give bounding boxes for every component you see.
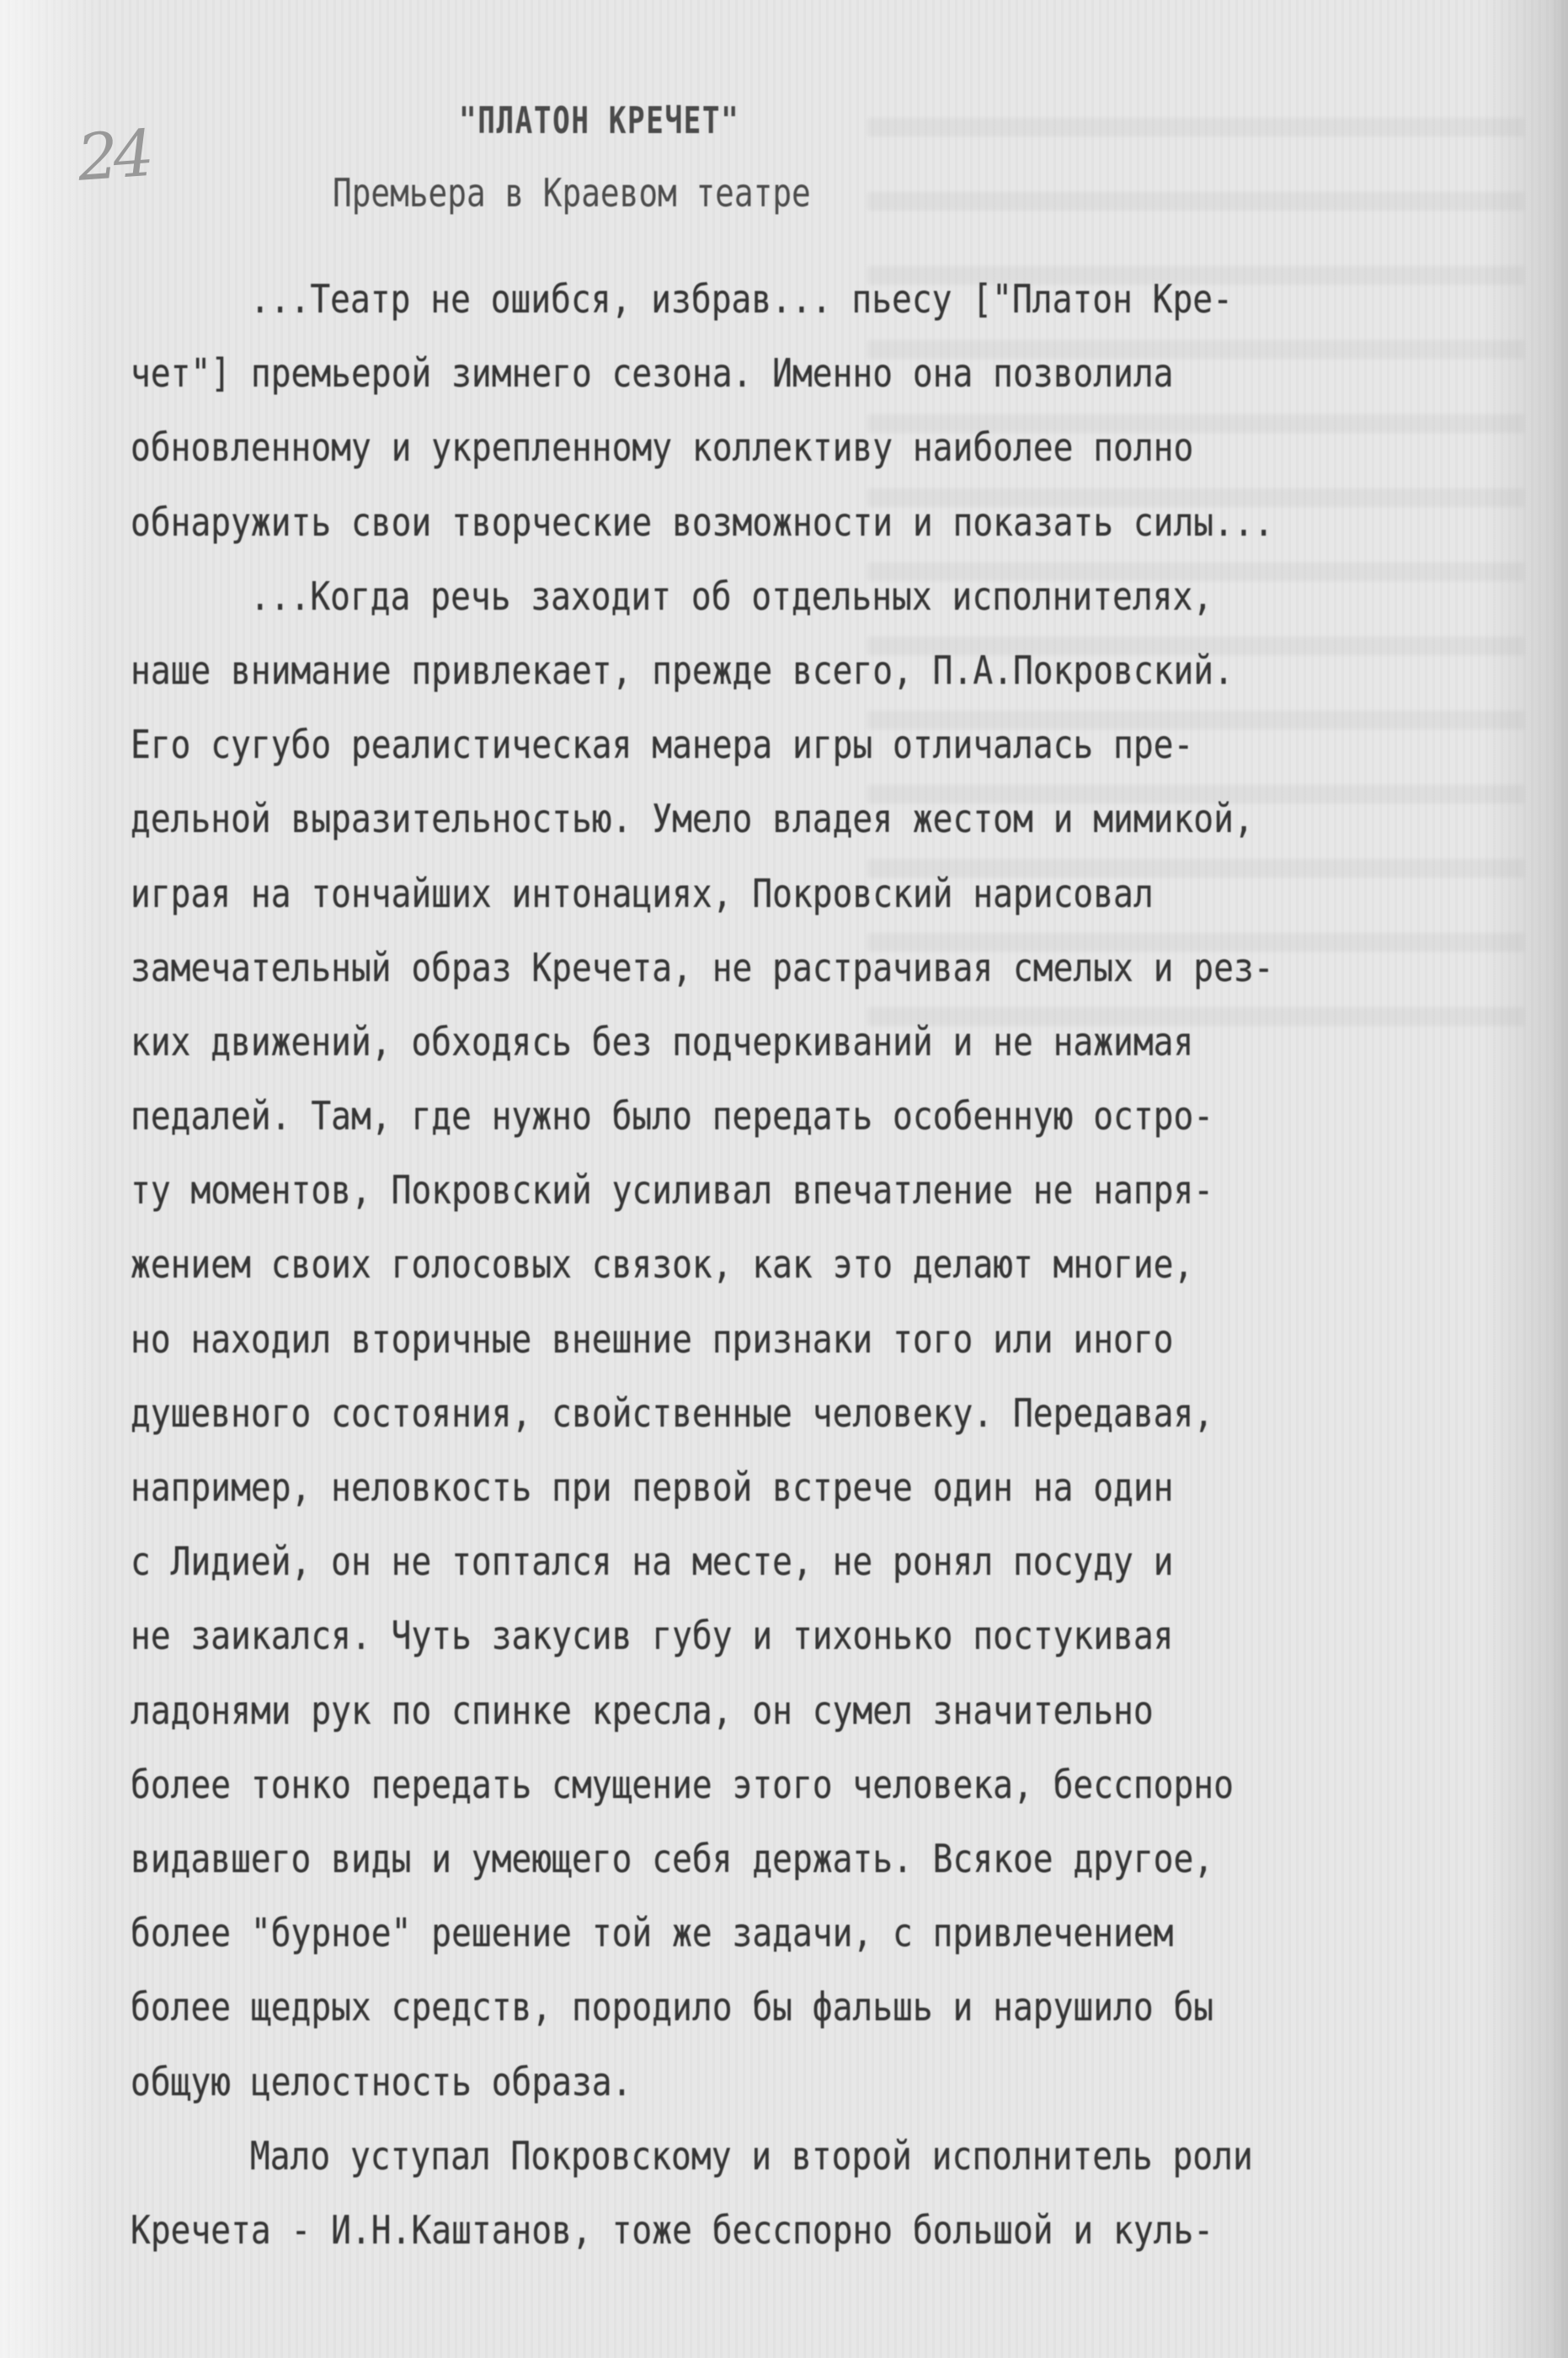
text-line: обновленному и укрепленному коллективу н… [131,416,1362,490]
text-line: не заикался. Чуть закусив губу и тихоньк… [131,1604,1362,1678]
text-line: чет"] премьерой зимнего сезона. Именно о… [131,342,1362,416]
document-title: "ПЛАТОН КРЕЧЕТ" [459,99,739,142]
text-line: ...Театр не ошибся, избрав... пьесу ["Пл… [131,268,1362,342]
text-line: Его сугубо реалистическая манера игры от… [131,713,1362,787]
text-line: более щедрых средств, породило бы фальшь… [131,1976,1362,2050]
text-line: наше внимание привлекает, прежде всего, … [131,639,1362,713]
text-line: видавшего виды и умеющего себя держать. … [131,1827,1362,1902]
text-line: душевного состояния, свойственные челове… [131,1382,1362,1456]
text-line: с Лидией, он не топтался на месте, не ро… [131,1530,1362,1604]
text-line: общую целостность образа. [131,2051,1362,2125]
body-text: ...Театр не ошибся, избрав... пьесу ["Пл… [131,268,1562,2273]
text-line: более "бурное" решение той же задачи, с … [131,1902,1362,1976]
document-subtitle: Премьера в Краевом театре [333,170,811,216]
document-page: 24 "ПЛАТОН КРЕЧЕТ" Премьера в Краевом те… [0,0,1568,2358]
text-line: жением своих голосовых связок, как это д… [131,1233,1362,1307]
text-line: Мало уступал Покровскому и второй исполн… [131,2125,1362,2199]
handwritten-page-number: 24 [75,115,152,195]
text-line: ту моментов, Покровский усиливал впечатл… [131,1159,1362,1233]
text-line: более тонко передать смущение этого чело… [131,1753,1362,1827]
text-line: например, неловкость при первой встрече … [131,1456,1362,1530]
text-line: играя на тончайших интонациях, Покровски… [131,862,1362,936]
text-line: Кречета - И.Н.Каштанов, тоже бесспорно б… [131,2199,1362,2273]
text-line: ких движений, обходясь без подчеркиваний… [131,1011,1362,1085]
text-line: ладонями рук по спинке кресла, он сумел … [131,1679,1362,1753]
text-line: педалей. Там, где нужно было передать ос… [131,1085,1362,1159]
text-line: обнаружить свои творческие возможности и… [131,491,1362,565]
text-line: замечательный образ Кречета, не растрачи… [131,936,1362,1011]
text-line: дельной выразительностью. Умело владея ж… [131,787,1362,862]
text-line: ...Когда речь заходит об отдельных испол… [131,565,1362,639]
text-line: но находил вторичные внешние признаки то… [131,1308,1362,1382]
